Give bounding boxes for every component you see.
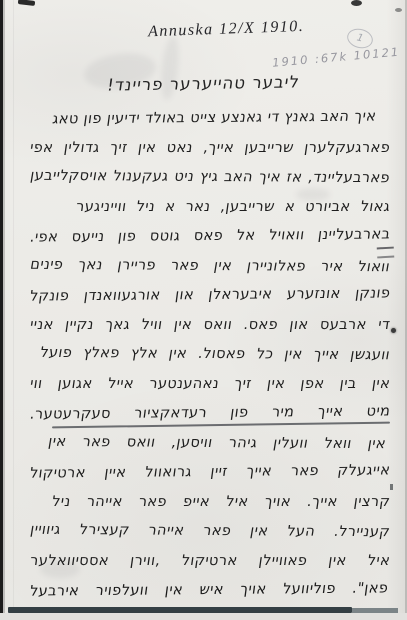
handwriting-line: אין וואל וועלין גיהר וויסען, וואס פאר אי… bbox=[28, 427, 392, 459]
scan-mark-top-left bbox=[18, 0, 35, 6]
scan-mark-top-right bbox=[351, 0, 362, 6]
circled-page-number-value: 1 bbox=[356, 32, 365, 44]
handwritten-dateline: Annuska 12/X 1910. bbox=[148, 17, 339, 42]
handwriting-line: די ארבעס און פאס. וואס אין וויל גאך נקיי… bbox=[28, 311, 392, 341]
handwriting-line: קעניירל. העל אין פאר אייהר קעצירל גיוויי… bbox=[28, 516, 392, 548]
scan-margin-bottom bbox=[0, 613, 407, 620]
letter-body: איך האב גאנץ די גאנצע צייט באולד ידיעין … bbox=[30, 104, 390, 606]
handwriting-line: קרצין אייך. אויך איל אייפ פאר אייהר ניל bbox=[28, 488, 392, 518]
handwriting-line: פארבעליינד, אז איך האב גיץ ניט געקענול א… bbox=[28, 162, 392, 194]
handwriting-line: פאן". פוליוועל אויך איש אין וועלפויר איר… bbox=[28, 574, 392, 607]
handwriting-line: אייגעלק פאר אייך זיין גרואוול איין ארטיק… bbox=[28, 456, 392, 489]
scanned-letter-page: Annuska 12/X 1910. 1910 :67k 10121 1 ליב… bbox=[0, 0, 407, 620]
handwriting-line: פארגעקלערן שרייבען אייך, נאט אין זיך גדו… bbox=[28, 134, 392, 164]
handwriting-line: איך האב גאנץ די גאנצע צייט באולד ידיעין … bbox=[28, 102, 392, 135]
handwriting-line: גאול אביורט א שרייבען, נאר א ניל ווייניג… bbox=[28, 193, 392, 223]
ink-speck-top-right bbox=[395, 8, 402, 12]
letter-greeting: ליבער טהייערער פריינד! bbox=[0, 70, 407, 96]
ink-dot-right-margin bbox=[391, 328, 396, 333]
handwriting-line: בארבעליינן וואויל אל פאס גוטס פון נייעס … bbox=[28, 220, 392, 253]
handwriting-line: וואול איר פאלוניירן אין פאר פריירן נאך פ… bbox=[28, 250, 392, 282]
handwriting-line: פונקן אונזערע איבעראלן און אורגעוואנדן פ… bbox=[28, 279, 392, 312]
handwriting-line: אין בין אפן אין זיך נאהענטער אייל אגוען … bbox=[28, 370, 392, 400]
handwriting-line: איל אין פאוויילן ארטיקול ,ווירן אססיוואל… bbox=[28, 547, 392, 577]
pencil-archive-note: 1910 :67k 10121 bbox=[272, 44, 405, 69]
handwriting-line: וועגשן אייך אין כל פאסול. אין אלץ פאלץ פ… bbox=[28, 339, 392, 371]
